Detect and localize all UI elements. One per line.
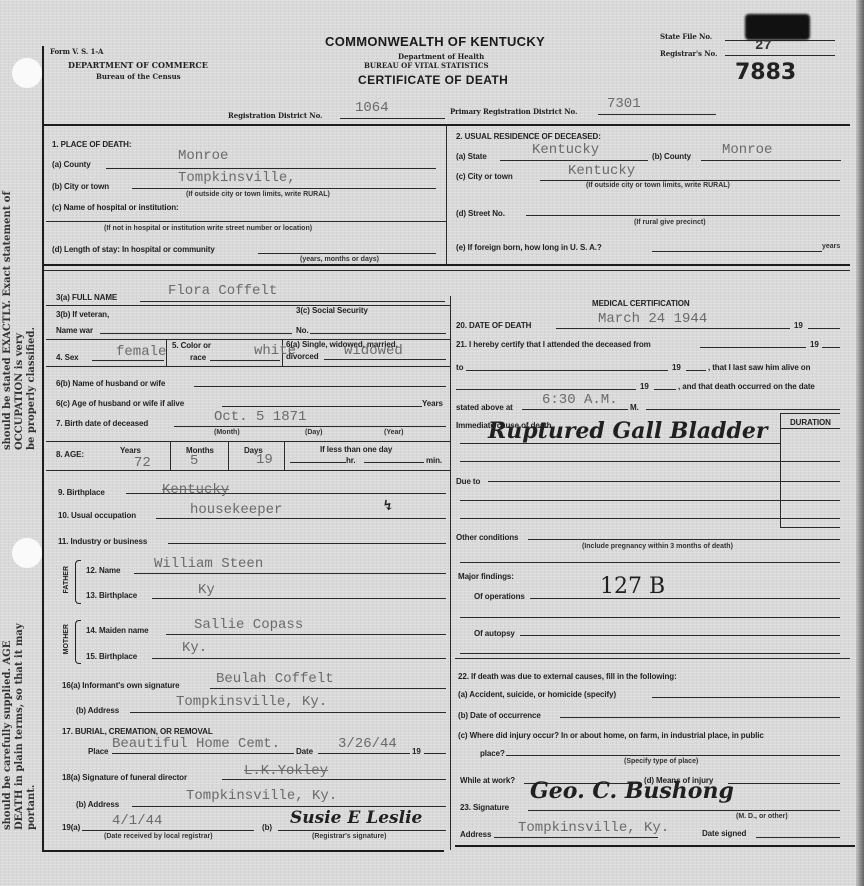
date-of-death-value[interactable]: March 24 1944 xyxy=(598,311,707,327)
death-county-value[interactable]: Monroe xyxy=(178,148,228,164)
major-findings-label: Major findings: xyxy=(458,572,514,581)
place-of-death-heading: 1. PLACE OF DEATH: xyxy=(52,140,131,149)
residence-city-note: (If outside city or town limits, write R… xyxy=(586,182,730,189)
side-instruction-upper: should be stated EXACTLY. Exact statemen… xyxy=(2,130,42,450)
director-address-value[interactable]: Tompkinsville, Ky. xyxy=(186,788,337,804)
burial-place-value[interactable]: Beautiful Home Cemt. xyxy=(112,736,280,752)
death-city-value[interactable]: Tompkinsville, xyxy=(178,170,296,186)
vital-statistics-bureau: BUREAU OF VITAL STATISTICS xyxy=(364,61,489,70)
informant-address-label: (b) Address xyxy=(76,706,119,715)
last-saw-text: , that I last saw him alive on xyxy=(708,363,810,372)
residence-county-value[interactable]: Monroe xyxy=(722,142,772,158)
date-of-death-label: 20. DATE OF DEATH xyxy=(456,321,531,330)
state-file-redaction xyxy=(745,14,810,40)
age-days-value[interactable]: 19 xyxy=(256,452,273,468)
registration-district-value: 1064 xyxy=(355,100,389,116)
ssn-no-label: No. xyxy=(296,326,309,335)
birth-day-caption: (Day) xyxy=(305,429,323,436)
place-label: place? xyxy=(480,749,505,758)
burial-date-value[interactable]: 3/26/44 xyxy=(338,736,397,752)
residence-state-value[interactable]: Kentucky xyxy=(532,142,599,158)
line3-suffix: 19 xyxy=(640,382,649,391)
registrar-signature-label: (b) xyxy=(262,823,272,832)
occupation-value[interactable]: housekeeper xyxy=(190,502,282,518)
industry-label: 11. Industry or business xyxy=(58,537,147,546)
stay-length-note: (years, months or days) xyxy=(300,256,379,263)
to-suffix: 19 xyxy=(672,363,681,372)
burial-heading: 17. BURIAL, CREMATION, OR REMOVAL xyxy=(62,727,213,736)
residence-state-label: (a) State xyxy=(456,152,487,161)
state-file-label: State File No. xyxy=(660,32,712,41)
director-address-label: (b) Address xyxy=(76,800,119,809)
funeral-director-label: 18(a) Signature of funeral director xyxy=(62,773,187,782)
hospital-label: (c) Name of hospital or institution: xyxy=(52,203,179,212)
place-note: (Specify type of place) xyxy=(624,758,698,765)
time-of-death-value[interactable]: 6:30 A.M. xyxy=(542,392,618,408)
informant-signature-value[interactable]: Beulah Coffelt xyxy=(216,671,334,687)
of-operations-label: Of operations xyxy=(474,592,525,601)
primary-district-value: 7301 xyxy=(607,96,641,112)
registration-district-label: Registration District No. xyxy=(228,111,322,120)
side-text-lower2: DEATH in plain terms, so that it may xyxy=(14,623,25,830)
commonwealth-title: COMMONWEALTH OF KENTUCKY xyxy=(325,34,545,49)
of-autopsy-label: Of autopsy xyxy=(474,629,515,638)
medical-heading: MEDICAL CERTIFICATION xyxy=(592,299,690,308)
side-text-lower: should be carefully supplied. AGE xyxy=(2,641,13,830)
physician-signature-value[interactable]: Geo. C. Bushong xyxy=(530,778,734,804)
social-security-label: 3(c) Social Security xyxy=(296,306,368,315)
burial-date-label: Date xyxy=(296,747,313,756)
father-name-value[interactable]: William Steen xyxy=(154,556,263,572)
street-note: (If rural give precinct) xyxy=(634,219,706,226)
stated-above-label: stated above at xyxy=(456,403,513,412)
burial-date-suffix: 19 xyxy=(412,747,421,756)
to-label: to xyxy=(456,363,463,372)
occupation-checkmark: ↯ xyxy=(382,498,394,514)
informant-address-value[interactable]: Tompkinsville, Ky. xyxy=(176,694,327,710)
date-received-value[interactable]: 4/1/44 xyxy=(112,813,162,829)
injury-location-label: (c) Where did injury occur? In or about … xyxy=(458,731,764,740)
duration-label: DURATION xyxy=(790,418,831,427)
certify-suffix: 19 xyxy=(810,340,819,349)
time-suffix: M. xyxy=(630,403,639,412)
foreign-born-label: (e) If foreign born, how long in U. S. A… xyxy=(456,243,602,252)
signature-label: 23. Signature xyxy=(460,803,509,812)
father-birthplace-label: 13. Birthplace xyxy=(86,591,137,600)
birth-date-value[interactable]: Oct. 5 1871 xyxy=(214,409,306,425)
immediate-cause-value[interactable]: Ruptured Gall Bladder xyxy=(488,418,767,444)
side-instruction-lower: should be carefully supplied. AGE DEATH … xyxy=(2,500,42,830)
other-conditions-note: (Include pregnancy within 3 months of de… xyxy=(582,543,733,550)
date-signed-label: Date signed xyxy=(702,829,746,838)
spouse-age-suffix: Years xyxy=(422,399,443,408)
scan-edge xyxy=(856,0,864,886)
marital-value[interactable]: widowed xyxy=(344,343,403,359)
sex-label: 4. Sex xyxy=(56,353,79,362)
date-received-note: (Date received by local registrar) xyxy=(104,833,213,840)
hospital-note: (If not in hospital or institution write… xyxy=(104,225,312,232)
side-text-upper2: be properly classified. xyxy=(26,327,37,450)
mother-name-label: 14. Maiden name xyxy=(86,626,149,635)
birth-date-label: 7. Birth date of deceased xyxy=(56,419,148,428)
death-city-note: (If outside city or town limits, write R… xyxy=(186,191,330,198)
years-label: Years xyxy=(120,446,141,455)
primary-district-label: Primary Registration District No. xyxy=(450,107,577,116)
veteran-label: 3(b) If veteran, xyxy=(56,310,109,319)
birthplace-value[interactable]: Kentucky xyxy=(162,482,229,498)
date-received-label: 19(a) xyxy=(62,823,80,832)
mother-birthplace-value[interactable]: Ky. xyxy=(182,640,207,656)
death-county-label: (a) County xyxy=(52,160,91,169)
full-name-value[interactable]: Flora Coffelt xyxy=(168,283,277,299)
mother-birthplace-label: 15. Birthplace xyxy=(86,652,137,661)
signature-note: (M. D., or other) xyxy=(736,813,788,820)
date-of-death-suffix: 19 xyxy=(794,321,803,330)
marital-label-line2: divorced xyxy=(286,352,319,361)
burial-place-label: Place xyxy=(88,747,108,756)
sex-value[interactable]: female xyxy=(116,344,166,360)
residence-city-label: (c) City or town xyxy=(456,172,513,181)
race-label-line2: race xyxy=(190,353,206,362)
race-label-line1: 5. Color or xyxy=(172,341,211,350)
external-causes-label: 22. If death was due to external causes,… xyxy=(458,672,677,681)
mother-name-value[interactable]: Sallie Copass xyxy=(194,617,303,633)
bureau-name: Bureau of the Census xyxy=(96,72,181,81)
spouse-name-label: 6(b) Name of husband or wife xyxy=(56,379,165,388)
department-name: DEPARTMENT OF COMMERCE xyxy=(68,60,208,70)
health-department: Department of Health xyxy=(398,52,484,61)
accident-label: (a) Accident, suicide, or homicide (spec… xyxy=(458,690,616,699)
operations-value[interactable]: 127 B xyxy=(600,574,665,599)
birth-month-caption: (Month) xyxy=(214,429,240,436)
stay-length-label: (d) Length of stay: In hospital or commu… xyxy=(52,245,215,254)
due-to-label: Due to xyxy=(456,477,480,486)
physician-address-value[interactable]: Tompkinsville, Ky. xyxy=(518,820,669,836)
father-birthplace-value[interactable]: Ky xyxy=(198,582,215,598)
punch-hole-top xyxy=(12,58,42,88)
spouse-age-label: 6(c) Age of husband or wife if alive xyxy=(56,399,184,408)
certify-label: 21. I hereby certify that I attended the… xyxy=(456,340,651,349)
father-tag: FATHER xyxy=(63,566,70,593)
form-number: Form V. S. 1-A xyxy=(50,47,103,56)
age-months-value[interactable]: 5 xyxy=(190,453,198,469)
side-text-upper: should be stated EXACTLY. Exact statemen… xyxy=(2,191,25,450)
war-name-label: Name war xyxy=(56,326,93,335)
stamp-number: 7883 xyxy=(735,60,796,85)
less-than-day-label: If less than one day xyxy=(320,445,392,454)
physician-address-label: Address xyxy=(460,830,491,839)
residence-city-value[interactable]: Kentucky xyxy=(568,163,635,179)
full-name-label: 3(a) FULL NAME xyxy=(56,293,117,302)
street-label: (d) Street No. xyxy=(456,209,505,218)
minutes-label: min. xyxy=(426,456,442,465)
mother-tag: MOTHER xyxy=(63,624,70,654)
residence-county-label: (b) County xyxy=(652,152,691,161)
registrar-number-label: Registrar's No. xyxy=(660,49,717,58)
while-at-work-label: While at work? xyxy=(460,776,515,785)
foreign-born-suffix: years xyxy=(822,243,840,250)
registrar-signature-note: (Registrar's signature) xyxy=(312,833,386,840)
birth-year-caption: (Year) xyxy=(384,429,403,436)
age-years-value[interactable]: 72 xyxy=(134,455,151,471)
death-occurred-text: , and that death occurred on the date xyxy=(678,382,815,391)
funeral-director-value[interactable]: L.K.Yokley xyxy=(244,763,328,779)
certificate-title: CERTIFICATE OF DEATH xyxy=(358,73,508,87)
residence-heading: 2. USUAL RESIDENCE OF DECEASED: xyxy=(456,132,601,141)
age-label: 8. AGE: xyxy=(56,450,84,459)
hours-label: hr. xyxy=(346,456,355,465)
death-city-label: (b) City or town xyxy=(52,182,109,191)
informant-signature-label: 16(a) Informant's own signature xyxy=(62,681,180,690)
other-conditions-label: Other conditions xyxy=(456,533,518,542)
birthplace-label: 9. Birthplace xyxy=(58,488,105,497)
occurrence-date-label: (b) Date of occurrence xyxy=(458,711,541,720)
side-text-lower3: portant. xyxy=(26,785,37,830)
occupation-label: 10. Usual occupation xyxy=(58,511,136,520)
father-name-label: 12. Name xyxy=(86,566,120,575)
registrar-signature-value[interactable]: Susie E Leslie xyxy=(290,808,422,828)
registrar-number-value: 27 xyxy=(755,38,772,54)
